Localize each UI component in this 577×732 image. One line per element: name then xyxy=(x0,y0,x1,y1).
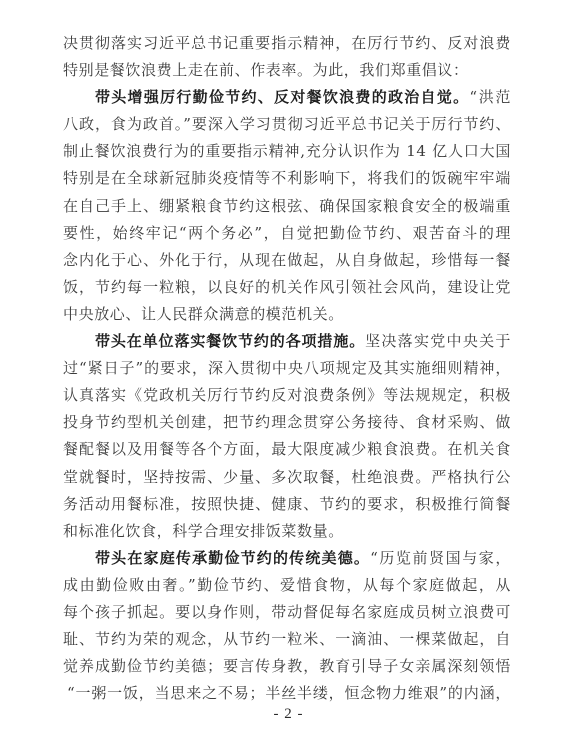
section-heading-line: 带头在单位落实餐饮节约的各项措施。坚决落实党中央关于 xyxy=(63,328,511,355)
text-line: 务活动用餐标准，按照快捷、健康、节约的要求，积极推行简餐 xyxy=(63,491,511,518)
document-body: 决贯彻落实习近平总书记重要指示精神，在厉行节约、反对浪费 特别是餐饮浪费上走在前… xyxy=(63,30,511,707)
text-line: 成由勤俭败由奢。”勤俭节约、爱惜食物，从每个家庭做起，从 xyxy=(63,572,511,599)
text-line: 八政，食为政首。”要深入学习贯彻习近平总书记关于厉行节约、 xyxy=(63,111,511,138)
document-page: 决贯彻落实习近平总书记重要指示精神，在厉行节约、反对浪费 特别是餐饮浪费上走在前… xyxy=(0,0,577,732)
text-line: “一粥一饭，当思来之不易；半丝半缕，恒念物力维艰”的内涵， xyxy=(63,680,511,707)
bold-heading: 带头增强厉行勤俭节约、反对餐饮浪费的政治自觉。 xyxy=(95,88,469,106)
text-line: 特别是在全球新冠肺炎疫情等不利影响下，将我们的饭碗牢牢端 xyxy=(63,165,511,192)
bold-heading: 带头在家庭传承勤俭节约的传统美德。 xyxy=(95,549,370,567)
bold-heading: 带头在单位落实餐饮节约的各项措施。 xyxy=(95,332,365,350)
text-line: 餐配餐以及用餐等各个方面，最大限度减少粮食浪费。在机关食 xyxy=(63,436,511,463)
page-number: - 2 - xyxy=(0,706,577,723)
text-line: 每个孩子抓起。要以身作则，带动督促每名家庭成员树立浪费可 xyxy=(63,599,511,626)
text-line: 投身节约型机关创建，把节约理念贯穿公务接待、食材采购、做 xyxy=(63,409,511,436)
text-line: 认真落实《党政机关厉行节约反对浪费条例》等法规规定，积极 xyxy=(63,382,511,409)
section-heading-line: 带头增强厉行勤俭节约、反对餐饮浪费的政治自觉。“洪范 xyxy=(63,84,511,111)
text-line: 和标准化饮食，科学合理安排饭菜数量。 xyxy=(63,518,511,545)
text-line: 觉养成勤俭节约美德；要言传身教，教育引导子女亲属深刻领悟 xyxy=(63,653,511,680)
text-line: 决贯彻落实习近平总书记重要指示精神，在厉行节约、反对浪费 xyxy=(63,30,511,57)
text-line: 特别是餐饮浪费上走在前、作表率。为此，我们郑重倡议： xyxy=(63,57,511,84)
text-line: 要性，始终牢记“两个务必”，自觉把勤俭节约、艰苦奋斗的理 xyxy=(63,220,511,247)
text-line: 过“紧日子”的要求，深入贯彻中央八项规定及其实施细则精神， xyxy=(63,355,511,382)
text-line: 在自己手上、绷紧粮食节约这根弦、确保国家粮食安全的极端重 xyxy=(63,193,511,220)
text-line: 堂就餐时，坚持按需、少量、多次取餐，杜绝浪费。严格执行公 xyxy=(63,464,511,491)
text-line: 制止餐饮浪费行为的重要指示精神,充分认识作为 14 亿人口大国 xyxy=(63,138,511,165)
text-line: 饭，节约每一粒粮，以良好的机关作风引领社会风尚，建设让党 xyxy=(63,274,511,301)
text-line: 念内化于心、外化于行，从现在做起，从自身做起，珍惜每一餐 xyxy=(63,247,511,274)
text-line: 耻、节约为荣的观念，从节约一粒米、一滴油、一棵菜做起，自 xyxy=(63,626,511,653)
text-line: 中央放心、让人民群众满意的模范机关。 xyxy=(63,301,511,328)
section-heading-line: 带头在家庭传承勤俭节约的传统美德。“历览前贤国与家， xyxy=(63,545,511,572)
